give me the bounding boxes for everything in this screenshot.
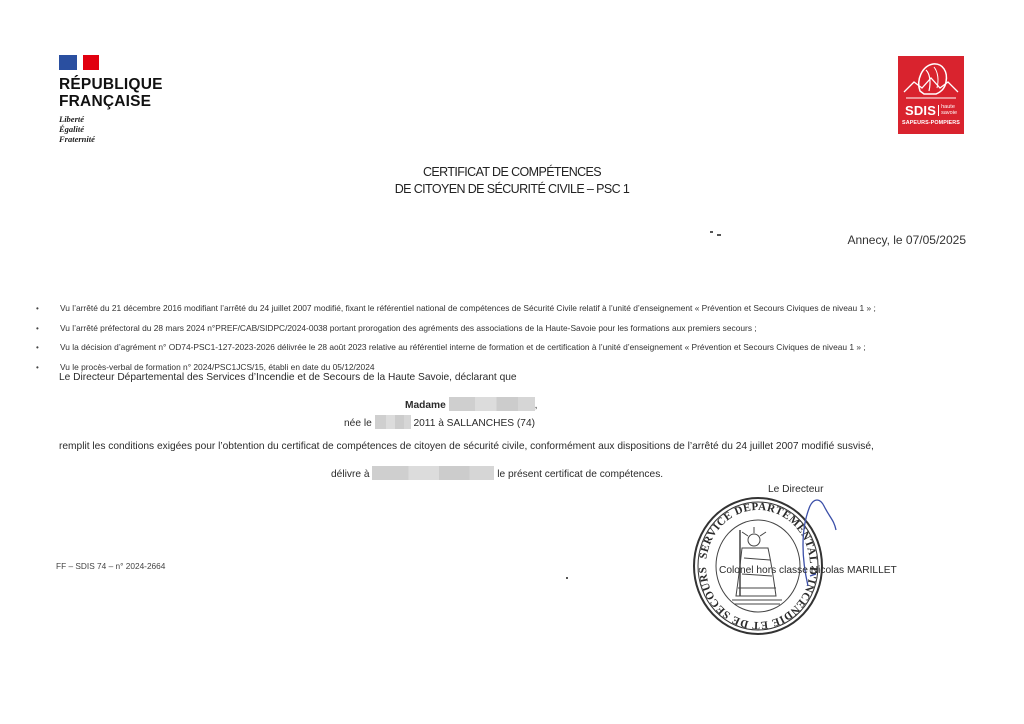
document-title: CERTIFICAT DE COMPÉTENCES DE CITOYEN DE … [0, 164, 1024, 198]
scan-speck [710, 231, 713, 233]
sdis-brand-row: SDIS haute savoie [898, 103, 964, 118]
sdis-region-line2: savoie [941, 110, 957, 116]
motto-egalite: Égalité [59, 124, 169, 134]
rf-title: RÉPUBLIQUE FRANÇAISE [59, 76, 169, 110]
rf-motto: Liberté Égalité Fraternité [59, 114, 169, 144]
born-prefix: née le [344, 418, 372, 429]
redacted-name [449, 397, 535, 411]
signer-name: Colonel hors classe Nicolas MARILLET [719, 565, 897, 576]
list-item: Vu l’arrêté préfectoral du 28 mars 2024 … [36, 319, 996, 339]
list-item: Vu l’arrêté du 21 décembre 2016 modifian… [36, 299, 996, 319]
motto-liberte: Liberté [59, 114, 169, 124]
deliver-suffix: le présent certificat de compétences. [497, 469, 663, 480]
director-statement: Le Directeur Départemental des Services … [59, 372, 517, 383]
recipient-name-line: Madame , [405, 397, 537, 411]
sdis-subtitle: SAPEURS-POMPIERS [898, 120, 964, 126]
born-suffix: 2011 à SALLANCHES (74) [413, 418, 535, 429]
recipient-trailing: , [535, 400, 538, 411]
title-line2: DE CITOYEN DE SÉCURITÉ CIVILE – PSC 1 [0, 181, 1024, 198]
deliver-prefix: délivre à [331, 469, 370, 480]
scan-speck [566, 577, 568, 579]
deliver-line: délivre à le présent certificat de compé… [331, 466, 663, 480]
rf-title-line1: RÉPUBLIQUE [59, 76, 169, 93]
motto-fraternite: Fraternité [59, 134, 169, 144]
scan-speck [717, 234, 721, 236]
place-date: Annecy, le 07/05/2025 [847, 233, 966, 247]
sdis-brand: SDIS [905, 103, 936, 118]
republique-francaise-logo: RÉPUBLIQUE FRANÇAISE Liberté Égalité Fra… [59, 55, 169, 144]
recipient-salutation: Madame [405, 400, 446, 411]
reference-number: FF – SDIS 74 – n° 2024-2664 [56, 561, 165, 571]
sdis-region: haute savoie [938, 105, 957, 116]
sdis-logo: SDIS haute savoie SAPEURS-POMPIERS [898, 56, 964, 134]
french-flag-marianne-icon [59, 55, 99, 70]
firefighter-helmet-mountains-icon [902, 58, 960, 102]
recipient-birth-line: née le 2011 à SALLANCHES (74) [344, 415, 535, 429]
considerations-list: Vu l’arrêté du 21 décembre 2016 modifian… [36, 299, 996, 377]
title-line1: CERTIFICAT DE COMPÉTENCES [0, 164, 1024, 181]
list-item: Vu la décision d’agrément n° OD74-PSC1-1… [36, 338, 996, 358]
rf-title-line2: FRANÇAISE [59, 93, 169, 110]
fulfils-statement: remplit les conditions exigées pour l’ob… [59, 441, 874, 452]
redacted-birthdate [375, 415, 411, 429]
redacted-recipient [372, 466, 494, 480]
